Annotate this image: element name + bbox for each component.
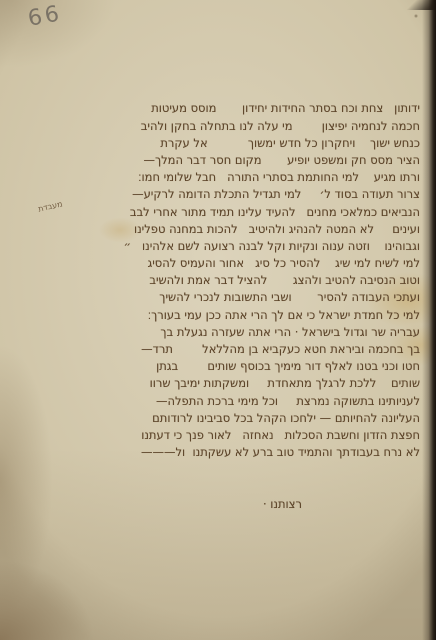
parchment-page: 66 מעבדת ידותון צחת וכח בסתר החידות יחיד… <box>0 0 436 640</box>
manuscript-line: הנביאים כמלאכי מחנים להעיד עלינו תמיד מת… <box>70 204 420 221</box>
manuscript-line: למי לשיח למי שיג להסיר כל סיג אחור והעמי… <box>70 255 420 272</box>
folio-number: 66 <box>26 1 64 32</box>
page-edge-shadow <box>422 0 436 640</box>
manuscript-line: שותים ללכת לרגלך מתאחדת ומשקתות ימיבך שר… <box>70 375 420 392</box>
manuscript-line: צרור תעודה בסוד ל׳ למי תגדיל התכלת הדומה… <box>70 186 420 203</box>
manuscript-line: לא נרח בעבודתך והתמיד טוב ברע לא עשקתנו … <box>70 444 420 461</box>
manuscript-line: ועינים לא המטה להנהיג ולהיטיב להכות במחנ… <box>70 221 420 238</box>
manuscript-line: ועתכי העבודה להסיר ושבי התשובות לנכרי לה… <box>70 289 420 306</box>
manuscript-photo: 66 מעבדת ידותון צחת וכח בסתר החידות יחיד… <box>0 0 436 640</box>
text-lines: ידותון צחת וכח בסתר החידות יחידון מוסס מ… <box>70 100 420 461</box>
final-line: רצותנו · <box>70 496 420 513</box>
manuscript-line: בך בחכמה וביראת חטא כעקביא בן מהללאל תרד… <box>70 341 420 358</box>
manuscript-line: כנחש ישוך ויחקרון כל חדש ימשוך אל עקרת <box>70 135 420 152</box>
marginal-gloss: מעבדת <box>37 199 63 213</box>
hebrew-text-block: ידותון צחת וכח בסתר החידות יחידון מוסס מ… <box>70 66 420 547</box>
manuscript-line: עבריה שר וגדול בישראל · הרי אתה שעזרה נג… <box>70 324 420 341</box>
manuscript-line: חטו וכני בטנו לאלף דור מימיך בכוסף שותים… <box>70 358 420 375</box>
manuscript-line: וטוב הנסיבה להטיב ולהצג להציל דבר אמת ול… <box>70 272 420 289</box>
manuscript-line: לעניותינו בתשוקה נמרצת וכל מימי ברכת התפ… <box>70 393 420 410</box>
manuscript-line: חפצת הזדון וחשבת הסכלות נאחזה לאור פנך כ… <box>70 427 420 444</box>
manuscript-line: ידותון צחת וכח בסתר החידות יחידון מוסס מ… <box>70 100 420 117</box>
manuscript-line: חכמה לנחמיה יפיצון מי עלה לנו בתחלה בחקן… <box>70 118 420 135</box>
manuscript-line: למי כל חמדת ישראל כי אם לך הרי אתה ככן ע… <box>70 307 420 324</box>
manuscript-line: וגבוהינו וזטה ענוה ונקיות וקל לבנה רצועה… <box>70 238 420 255</box>
manuscript-line: העליונה להחיותם — ילחכו הקהל בכל סביבינו… <box>70 410 420 427</box>
manuscript-line: הציר מסס חק ומשפט יופיע מקום חסר דבר המל… <box>70 152 420 169</box>
manuscript-line: ורתו מגיע למי החותמת בסתרי התורה חבל שלו… <box>70 169 420 186</box>
